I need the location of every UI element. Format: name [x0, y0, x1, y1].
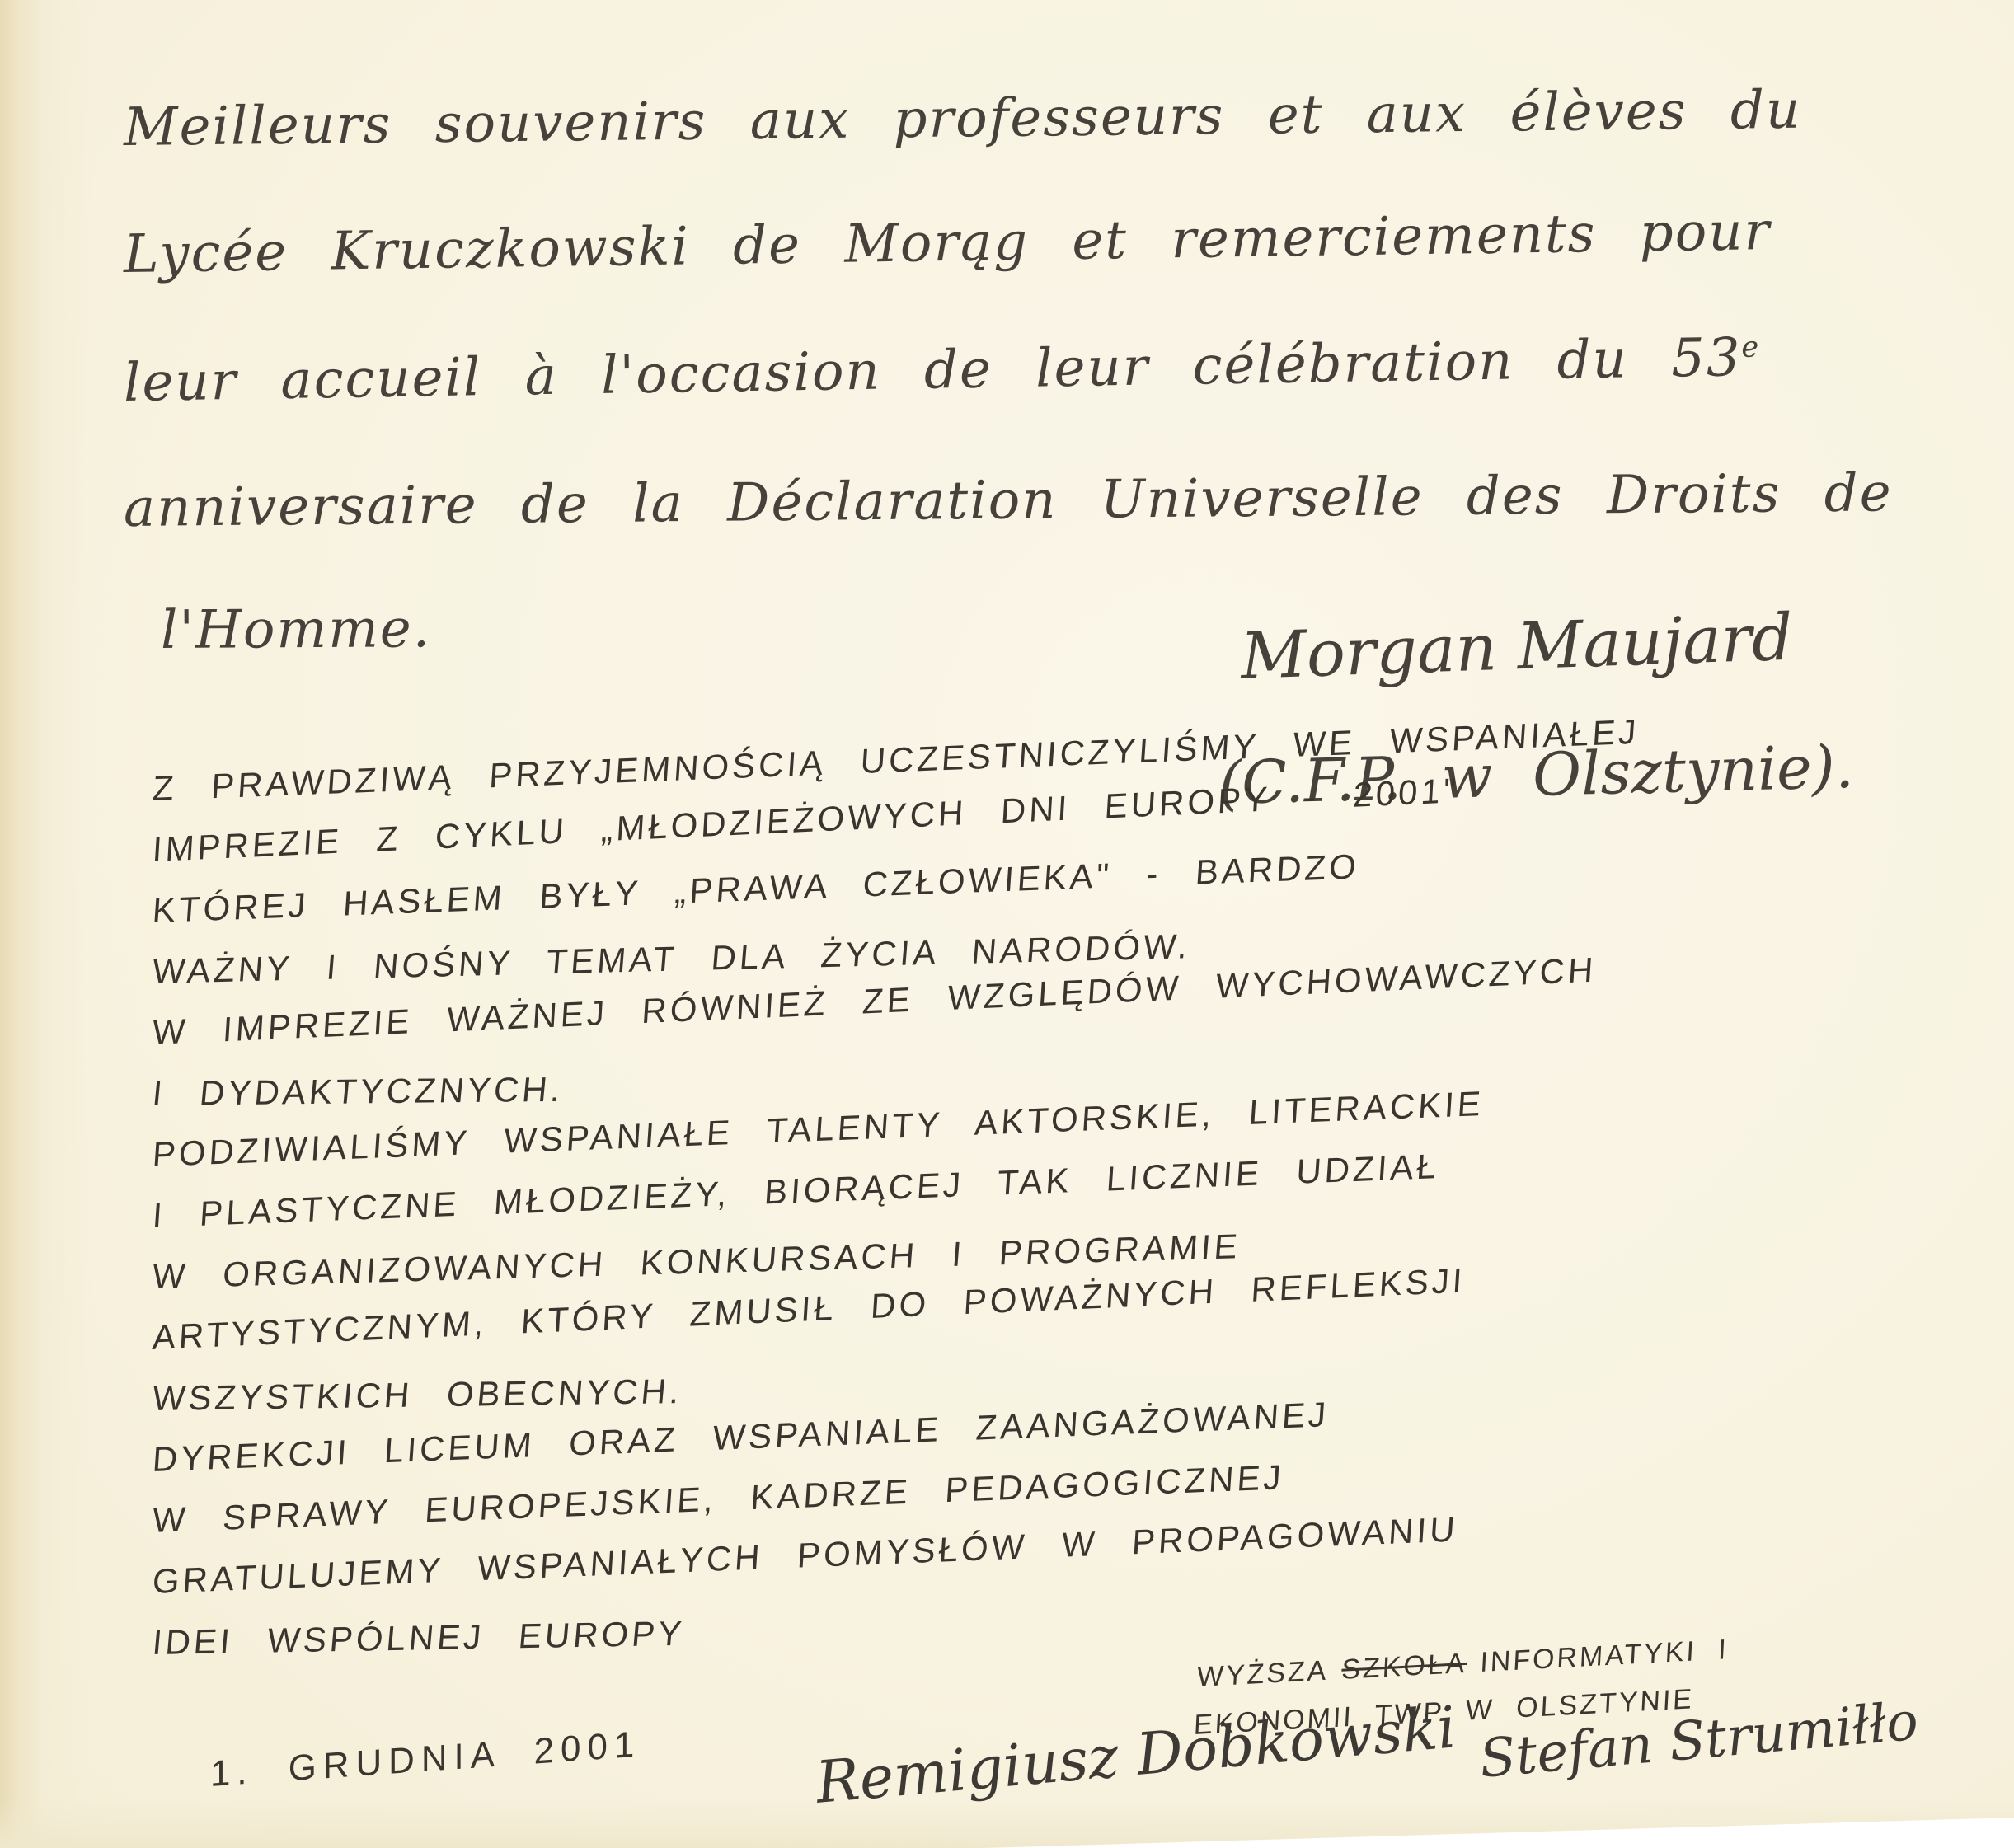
french-signature-name: Morgan Maujard — [1239, 601, 1794, 694]
scan-edge-shadow — [0, 0, 91, 1848]
french-line-2: Lycée Kruczkowski de Morąg et remercieme… — [123, 201, 1771, 285]
ordinal-suffix: e — [1741, 330, 1760, 364]
institution-struck-word: SZKOŁA — [1340, 1648, 1467, 1686]
polish-line-15: IDEI WSPÓLNEJ EUROPY — [151, 1614, 687, 1663]
french-line-5: l'Homme. — [161, 598, 431, 661]
french-line-4: anniversaire de la Déclaration Universel… — [124, 462, 1893, 539]
institution-suffix: INFORMATYKI I — [1479, 1634, 1729, 1678]
french-line-3-text: leur accueil à l'occasion de leur célébr… — [123, 327, 1742, 414]
french-line-1: Meilleurs souvenirs aux professeurs et a… — [124, 80, 1802, 158]
french-line-3: leur accueil à l'occasion de leur célébr… — [123, 327, 1761, 414]
institution-prefix: WYŻSZA — [1196, 1655, 1329, 1694]
document-page: Meilleurs souvenirs aux professeurs et a… — [0, 0, 2014, 1848]
polish-line-11: WSZYSTKICH OBECNYCH. — [151, 1372, 684, 1419]
date: 1. GRUDNIA 2001 — [210, 1724, 641, 1795]
polish-line-6: I DYDAKTYCZNYCH. — [151, 1070, 566, 1114]
